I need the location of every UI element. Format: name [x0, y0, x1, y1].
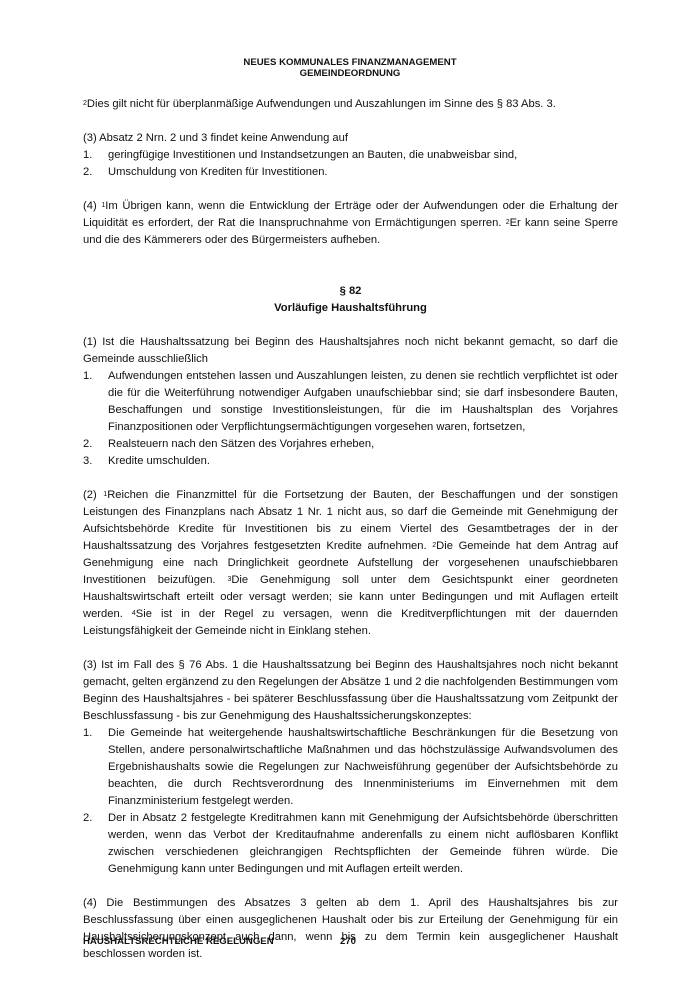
- document-body: 2Dies gilt nicht für überplanmäßige Aufw…: [83, 96, 618, 963]
- prev-abs3-intro: (3) Absatz 2 Nrn. 2 und 3 findet keine A…: [83, 130, 618, 147]
- list-item: 2.Realsteuern nach den Sätzen des Vorjah…: [83, 436, 618, 453]
- abs1-intro: (1) Ist die Haushaltssatzung bei Beginn …: [83, 334, 618, 368]
- header-line-1: NEUES KOMMUNALES FINANZMANAGEMENT: [0, 57, 700, 68]
- list-item: 2.Der in Absatz 2 festgelegte Kreditrahm…: [83, 810, 618, 878]
- prev-abs4: (4) 1Im Übrigen kann, wenn die Entwicklu…: [83, 198, 618, 249]
- abs2: (2) 1Reichen die Finanzmittel für die Fo…: [83, 487, 618, 640]
- list-item: 1.Die Gemeinde hat weitergehende haushal…: [83, 725, 618, 810]
- prev-abs3-list: 1.geringfügige Investitionen und Instand…: [83, 147, 618, 181]
- section-number: § 82: [83, 283, 618, 300]
- abs3-list: 1.Die Gemeinde hat weitergehende haushal…: [83, 725, 618, 878]
- abs1-list: 1.Aufwendungen entstehen lassen und Ausz…: [83, 368, 618, 470]
- list-item: 1.Aufwendungen entstehen lassen und Ausz…: [83, 368, 618, 436]
- paragraph-satz2: 2Dies gilt nicht für überplanmäßige Aufw…: [83, 96, 618, 113]
- header-line-2: GEMEINDEORDNUNG: [0, 68, 700, 79]
- page-header: NEUES KOMMUNALES FINANZMANAGEMENT GEMEIN…: [0, 57, 700, 79]
- list-item: 1.geringfügige Investitionen und Instand…: [83, 147, 618, 164]
- abs4: (4) Die Bestimmungen des Absatzes 3 gelt…: [83, 895, 618, 963]
- abs3-intro: (3) Ist im Fall des § 76 Abs. 1 die Haus…: [83, 657, 618, 725]
- list-item: 2.Umschuldung von Krediten für Investiti…: [83, 164, 618, 181]
- footer-label: HAUSHALTSRECHTLICHE REGELUNGEN: [83, 936, 274, 947]
- section-title: Vorläufige Haushaltsführung: [83, 300, 618, 317]
- list-item: 3.Kredite umschulden.: [83, 453, 618, 470]
- page-number: 270: [340, 936, 356, 947]
